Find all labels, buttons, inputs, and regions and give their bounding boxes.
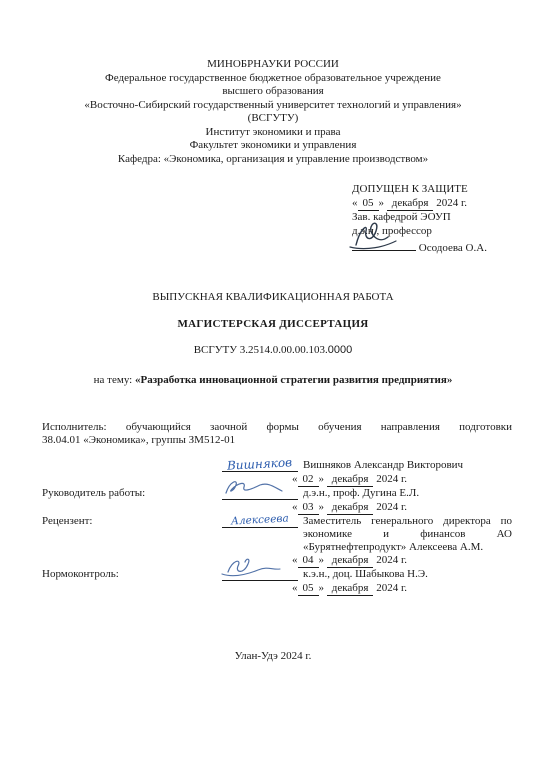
work-code: ВСГУТУ 3.2514.0.00.00.103.0000 [38, 344, 508, 357]
approval-signature-row: Осодоева О.А. [352, 239, 520, 256]
supervisor-date-day: 03 [298, 501, 319, 515]
quote-close: » [319, 501, 325, 513]
normcontrol-name: к.э.н., доц. Шабыкова Н.Э. [303, 568, 512, 581]
student-name: Вишняков Александр Викторович [303, 459, 512, 472]
reviewer-description: Заместитель генерального директора по эк… [303, 515, 512, 554]
work-topic-line: на тему: «Разработка инновационной страт… [38, 374, 508, 387]
supervisor-signature-line [222, 487, 298, 500]
city-year-line: Улан-Удэ 2024 г. [38, 650, 508, 663]
reviewer-signature-line: Алексеева [222, 515, 298, 528]
reviewer-label: Рецензент: [42, 515, 222, 528]
work-code-suffix: 0000 [328, 344, 352, 356]
work-titles: ВЫПУСКНАЯ КВАЛИФИКАЦИОННАЯ РАБОТА МАГИСТ… [38, 291, 508, 387]
document-page: МИНОБРНАУКИ РОССИИ Федеральное государст… [0, 0, 545, 771]
approval-block: ДОПУЩЕН К ЗАЩИТЕ «05» декабря 2024 г. За… [352, 183, 520, 256]
university-name: «Восточно-Сибирский государственный унив… [38, 99, 508, 112]
faculty-line: Факультет экономики и управления [38, 139, 508, 152]
shabykova-signature-icon [220, 556, 290, 582]
institution-line2: высшего образования [38, 85, 508, 98]
supervisor-signature-row: Руководитель работы: д.э.н., проф. Дугин… [42, 487, 512, 501]
topic-label: на тему: [94, 374, 133, 386]
normcontrol-date-year: 2024 г. [376, 582, 407, 594]
approval-date-year: 2024 г. [436, 197, 467, 209]
approval-date-month: декабря [387, 197, 434, 212]
approval-date-day: 05 [358, 197, 379, 212]
reviewer-date-year: 2024 г. [376, 554, 407, 566]
student-handwritten-signature: Вишняков [227, 456, 293, 472]
quote-close: » [319, 582, 325, 594]
approval-signature-line [352, 239, 416, 251]
work-code-prefix: ВСГУТУ 3.2514.0.00.00.103. [194, 344, 328, 356]
work-kind-title: МАГИСТЕРСКАЯ ДИССЕРТАЦИЯ [38, 318, 508, 331]
reviewer-date-day: 04 [298, 554, 319, 568]
reviewer-handwritten-signature: Алексеева [231, 512, 289, 528]
topic-text: «Разработка инновационной стратегии разв… [135, 374, 452, 386]
normcontrol-date-month: декабря [327, 582, 374, 596]
approval-name: Осодоева О.А. [419, 242, 487, 254]
executor-block: Исполнитель: обучающийся заочной формы о… [42, 421, 512, 447]
signatures-table: Вишняков Вишняков Александр Викторович «… [42, 459, 512, 596]
supervisor-name: д.э.н., проф. Дугина Е.Л. [303, 487, 512, 500]
institution-line1: Федеральное государственное бюджетное об… [38, 72, 508, 85]
student-signature-line: Вишняков [222, 459, 298, 472]
dugina-signature-icon [220, 475, 290, 501]
supervisor-label: Руководитель работы: [42, 487, 222, 500]
quote-close: » [319, 473, 325, 485]
quote-close: » [319, 554, 325, 566]
normcontrol-date-row: «05» декабря 2024 г. [42, 582, 512, 596]
normcontrol-date-day: 05 [298, 582, 319, 596]
reviewer-desc-line1: Заместитель генерального директора по [303, 515, 512, 528]
supervisor-date-year: 2024 г. [376, 501, 407, 513]
reviewer-signature-row: Рецензент: Алексеева Заместитель генерал… [42, 515, 512, 554]
executor-line2: 38.04.01 «Экономика», группы ЗМ512-01 [42, 434, 512, 447]
work-type-title: ВЫПУСКНАЯ КВАЛИФИКАЦИОННАЯ РАБОТА [38, 291, 508, 304]
osodoeva-signature-icon [348, 217, 420, 251]
ministry-line: МИНОБРНАУКИ РОССИИ [38, 58, 508, 71]
student-date-month: декабря [327, 473, 374, 487]
approval-date: «05» декабря 2024 г. [352, 197, 520, 212]
university-abbr: (ВСГУТУ) [38, 112, 508, 125]
normcontrol-label: Нормоконтроль: [42, 568, 222, 581]
normcontrol-signature-row: Нормоконтроль: к.э.н., доц. Шабыкова Н.Э… [42, 568, 512, 582]
header-block: МИНОБРНАУКИ РОССИИ Федеральное государст… [38, 58, 508, 166]
approval-title: ДОПУЩЕН К ЗАЩИТЕ [352, 183, 520, 197]
quote-close: » [379, 197, 385, 209]
student-date-day: 02 [298, 473, 319, 487]
department-line: Кафедра: «Экономика, организация и управ… [38, 153, 508, 166]
executor-line1: Исполнитель: обучающийся заочной формы о… [42, 421, 512, 434]
reviewer-date-month: декабря [327, 554, 374, 568]
reviewer-desc-line3: «Бурятнефтепродукт» Алексеева А.М. [303, 541, 512, 554]
supervisor-date-month: декабря [327, 501, 374, 515]
student-signature-row: Вишняков Вишняков Александр Викторович [42, 459, 512, 473]
student-date-year: 2024 г. [376, 473, 407, 485]
normcontrol-signature-line [222, 568, 298, 581]
institute-line: Институт экономики и права [38, 126, 508, 139]
reviewer-desc-line2: экономике и финансов АО [303, 528, 512, 541]
